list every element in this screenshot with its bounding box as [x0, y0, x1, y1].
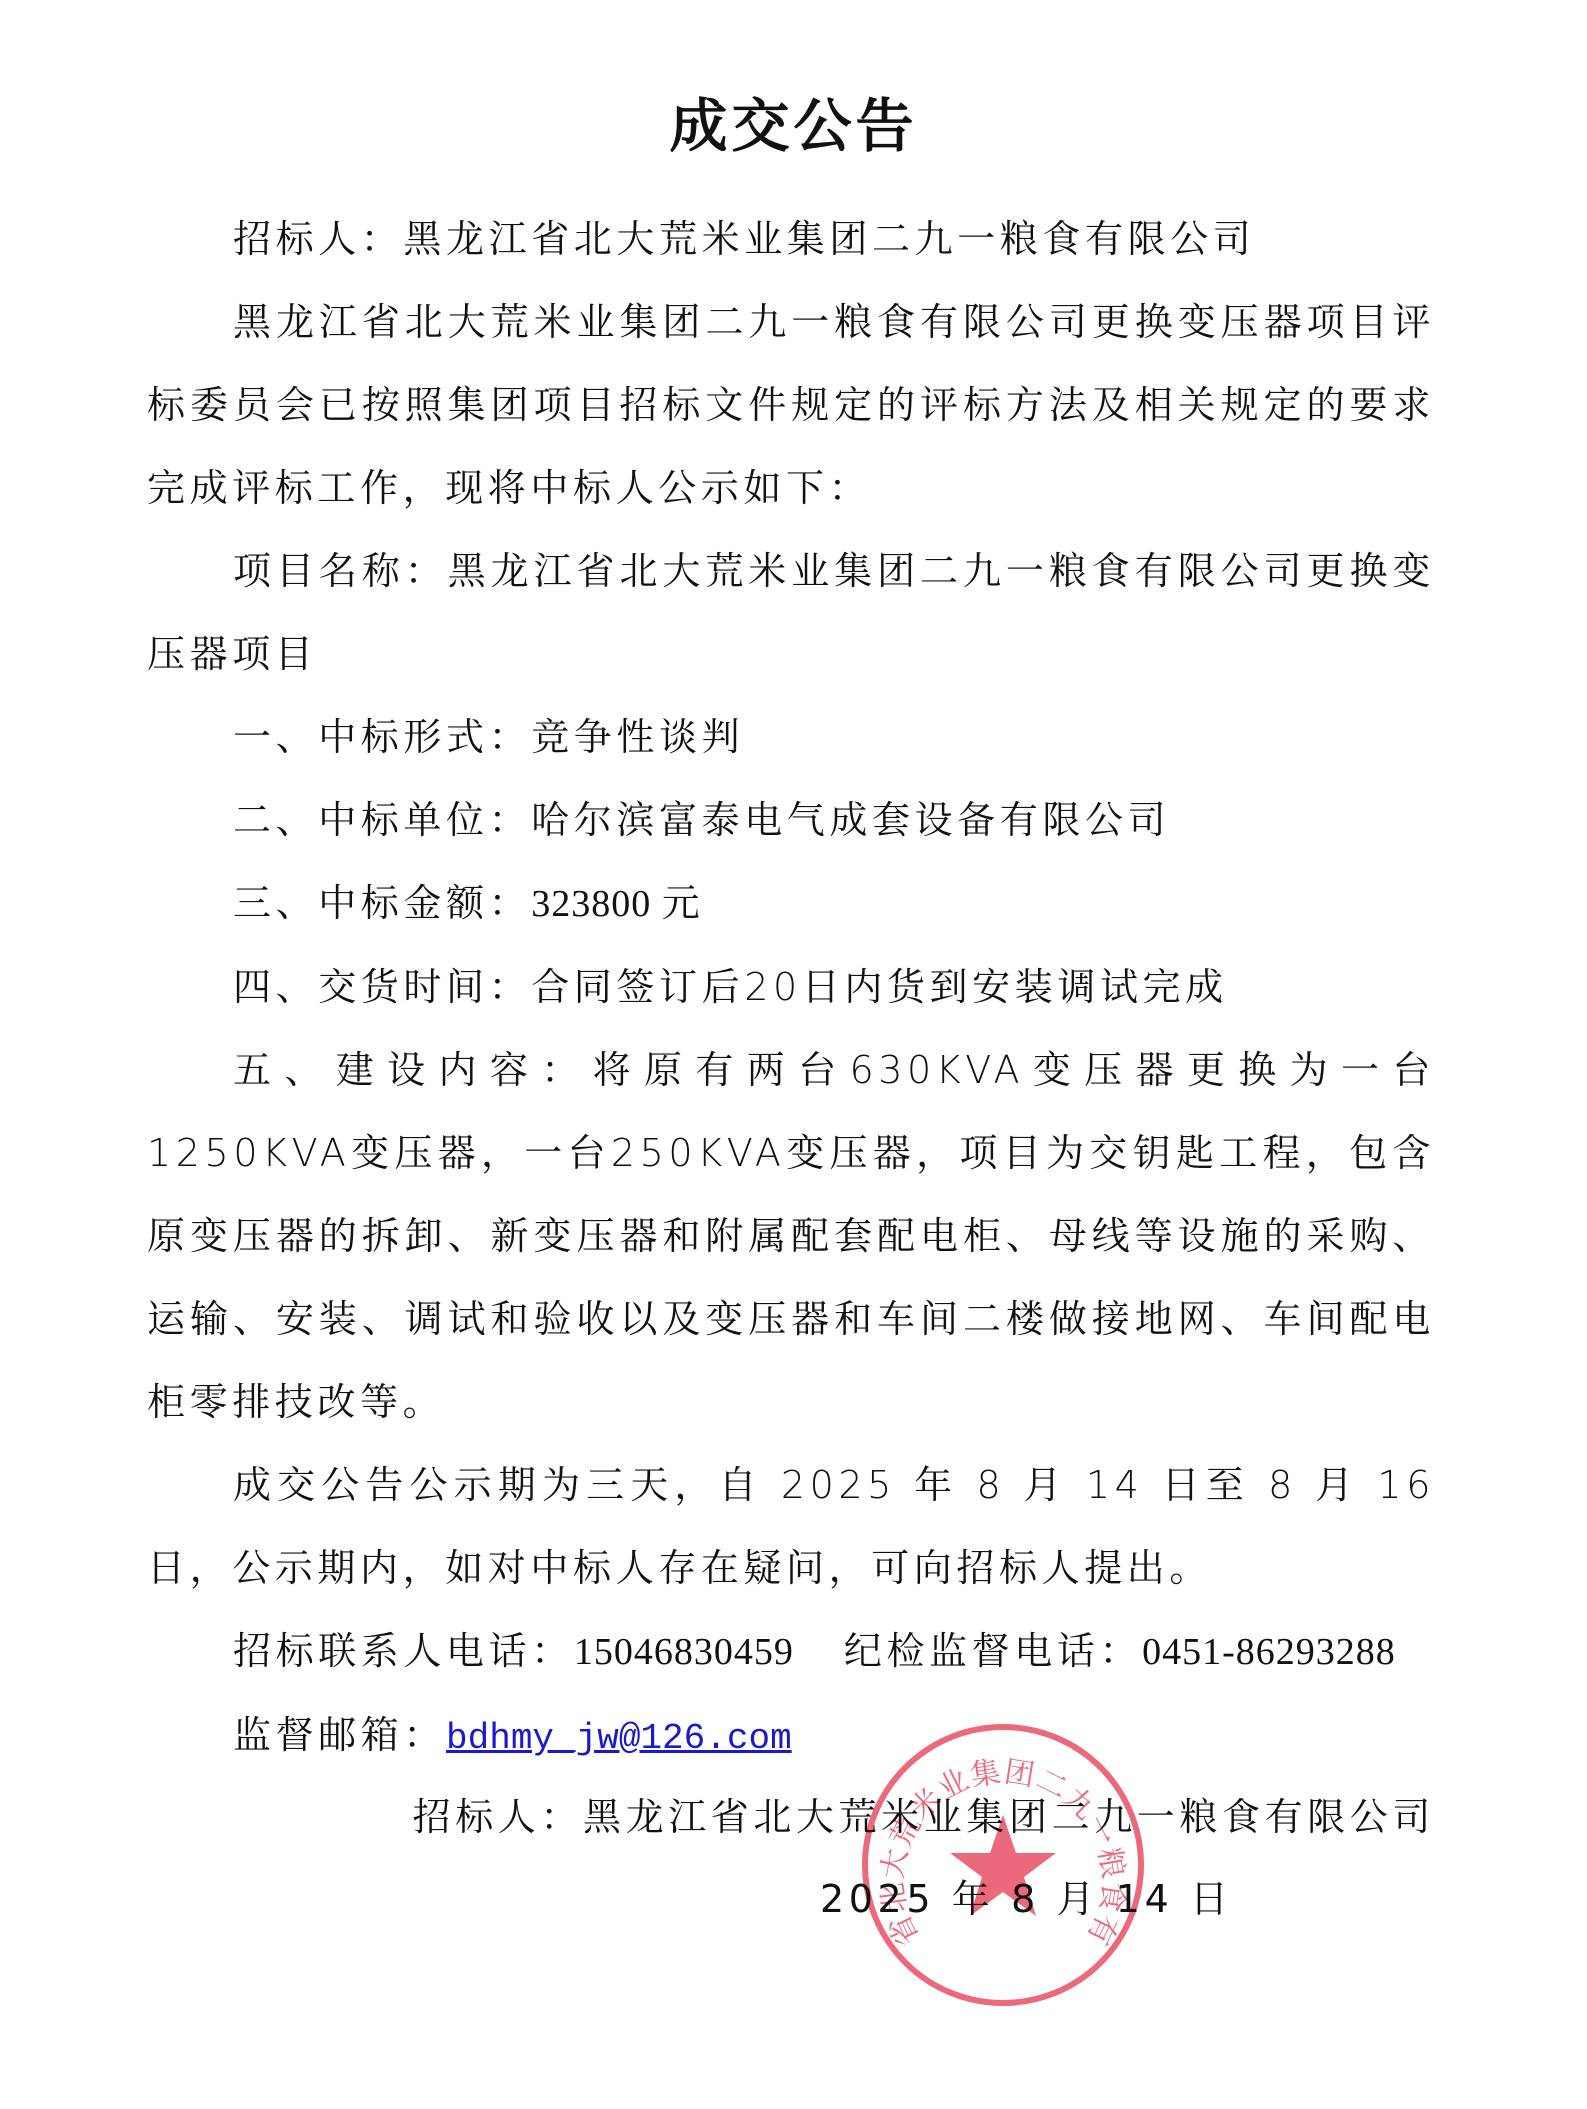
- item-value: 竞争性谈判: [531, 715, 744, 759]
- item-value: 哈尔滨富泰电气成套设备有限公司: [531, 798, 1170, 842]
- email-link[interactable]: bdhmy_jw@126.com: [446, 1718, 792, 1759]
- item-bid-amount: 三、中标金额：323800 元: [147, 862, 1435, 946]
- signature-date: 2025 年 8 月 14 日: [820, 1858, 1233, 1941]
- item-value: 将原有两台630KVA变压器更换为一台1250KVA变压器，一台250KVA变压…: [147, 1048, 1435, 1424]
- page-title: 成交公告: [0, 86, 1587, 166]
- item-delivery-time: 四、交货时间：合同签订后20日内货到安装调试完成: [147, 946, 1435, 1029]
- announcement-page: 成交公告 招标人：黑龙江省北大荒米业集团二九一粮食有限公司 黑龙江省北大荒米业集…: [0, 0, 1587, 2109]
- supervision-phone: 0451-86293288: [1142, 1631, 1396, 1673]
- tender-contact-phone: 15046830459: [574, 1631, 794, 1673]
- contact-line: 招标联系人电话：15046830459 纪检监督电话：0451-86293288: [147, 1610, 1435, 1694]
- item-winning-bidder: 二、中标单位：哈尔滨富泰电气成套设备有限公司: [147, 779, 1435, 862]
- item-bid-form: 一、中标形式：竞争性谈判: [147, 696, 1435, 779]
- item-label: 一、中标形式：: [233, 715, 531, 759]
- tenderer-line: 招标人：黑龙江省北大荒米业集团二九一粮食有限公司: [147, 198, 1435, 281]
- item-label: 四、交货时间：: [233, 965, 531, 1009]
- publicity-notice: 成交公告公示期为三天，自 2025 年 8 月 14 日至 8 月 16 日，公…: [147, 1444, 1435, 1610]
- signature-issuer: 招标人：黑龙江省北大荒米业集团二九一粮食有限公司: [413, 1776, 1435, 1859]
- intro-paragraph: 黑龙江省北大荒米业集团二九一粮食有限公司更换变压器项目评标委员会已按照集团项目招…: [147, 281, 1435, 530]
- email-line: 监督邮箱：bdhmy_jw@126.com: [147, 1694, 1435, 1780]
- announcement-body: 招标人：黑龙江省北大荒米业集团二九一粮食有限公司 黑龙江省北大荒米业集团二九一粮…: [147, 198, 1435, 1780]
- item-value: 合同签订后20日内货到安装调试完成: [531, 965, 1228, 1009]
- supervision-label: 纪检监督电话：: [844, 1629, 1142, 1673]
- project-name: 项目名称：黑龙江省北大荒米业集团二九一粮食有限公司更换变压器项目: [147, 530, 1435, 696]
- email-label: 监督邮箱：: [233, 1713, 446, 1757]
- item-value: 323800 元: [531, 883, 701, 925]
- item-label: 二、中标单位：: [233, 798, 531, 842]
- item-construction-content: 五、建设内容：将原有两台630KVA变压器更换为一台1250KVA变压器，一台2…: [147, 1029, 1435, 1444]
- item-label: 三、中标金额：: [233, 881, 531, 925]
- item-label: 五、建设内容：: [233, 1048, 593, 1092]
- tender-contact-label: 招标联系人电话：: [233, 1629, 574, 1673]
